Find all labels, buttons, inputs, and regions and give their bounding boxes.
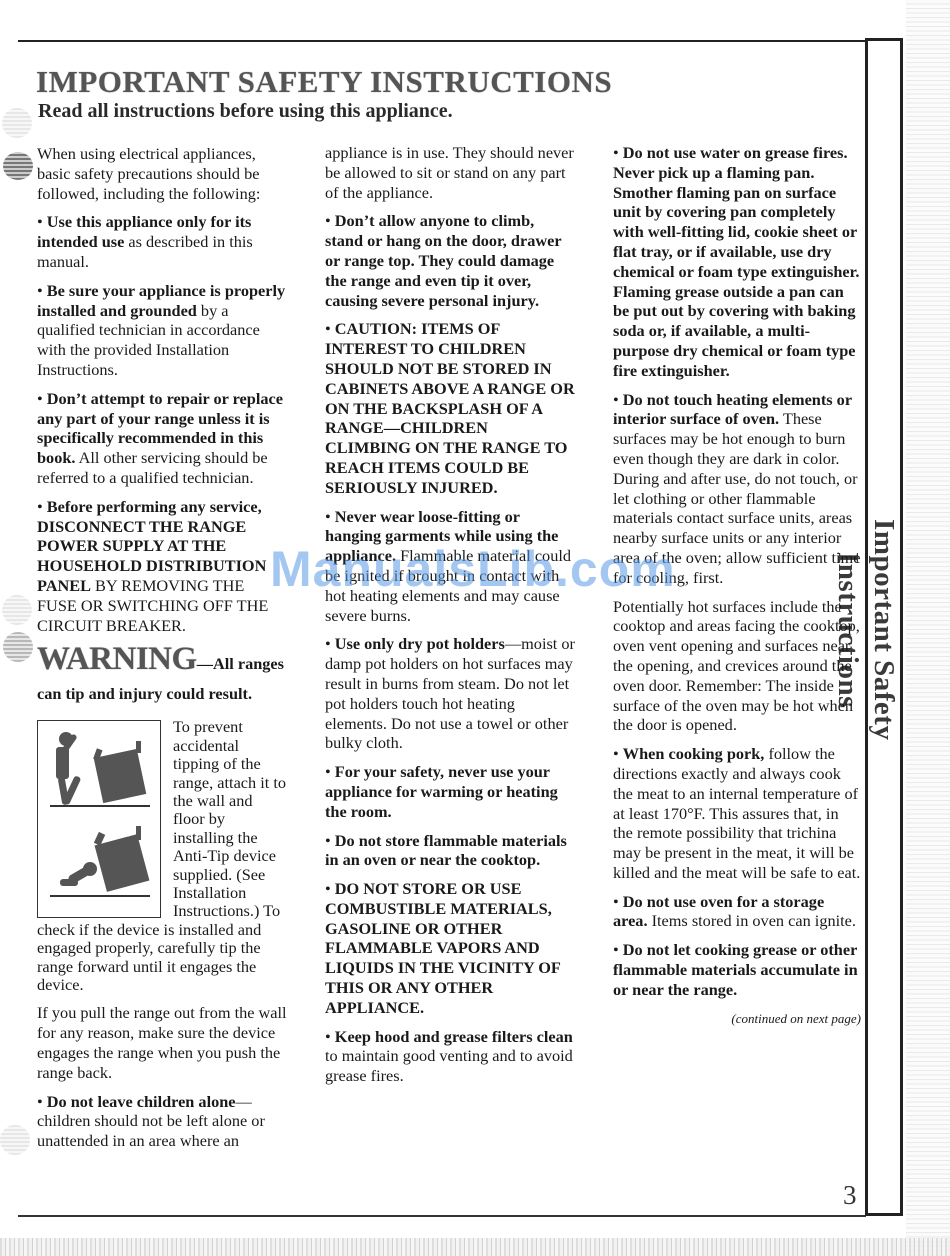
safety-item: • Do not touch heating elements or inter… — [613, 390, 861, 588]
column-1: When using electrical appliances, basic … — [37, 144, 287, 1160]
safety-item: • Be sure your appliance is properly ins… — [37, 281, 287, 380]
safety-item: • When cooking pork, follow the directio… — [613, 744, 861, 883]
binding-hole-icon — [3, 152, 33, 180]
bullet-icon: • — [613, 744, 619, 763]
safety-item: • Do not use oven for a storage area. It… — [613, 892, 861, 932]
scan-bottom-noise — [0, 1238, 950, 1256]
safety-item: • For your safety, never use your applia… — [325, 762, 575, 821]
bullet-icon: • — [325, 507, 331, 526]
warning-word: WARNING — [37, 641, 197, 677]
continuation-paragraph: appliance is in use. They should never b… — [325, 143, 575, 202]
safety-item: • Use only dry pot holders—moist or damp… — [325, 634, 575, 753]
bullet-icon: • — [37, 212, 43, 231]
top-rule — [18, 40, 866, 42]
safety-item: • DO NOT STORE OR USE COMBUSTIBLE MATERI… — [325, 879, 575, 1018]
safety-item: • Don’t allow anyone to climb, stand or … — [325, 211, 575, 310]
bullet-icon: • — [613, 390, 619, 409]
bullet-icon: • — [325, 211, 331, 230]
side-tab-label: Important Safety Instructions — [866, 440, 902, 820]
bottom-rule — [18, 1215, 866, 1217]
column-2: appliance is in use. They should never b… — [325, 143, 575, 1095]
safety-item: • CAUTION: ITEMS OF INTEREST TO CHILDREN… — [325, 319, 575, 497]
warning-followup: If you pull the range out from the wall … — [37, 1003, 287, 1082]
bullet-icon: • — [325, 319, 331, 338]
bullet-icon: • — [325, 1027, 331, 1046]
bullet-icon: • — [325, 762, 331, 781]
anti-tip-warning: WARNING—All ranges can tip and injury co… — [37, 644, 287, 994]
safety-item: • Do not use water on grease fires. Neve… — [613, 143, 861, 381]
scan-edge-noise — [906, 0, 950, 1256]
safety-item: • Don’t attempt to repair or replace any… — [37, 389, 287, 488]
binding-hole-icon — [2, 595, 32, 625]
bullet-icon: • — [325, 634, 331, 653]
binding-hole-icon — [2, 108, 32, 138]
bullet-icon: • — [37, 281, 43, 300]
bullet-icon: • — [613, 892, 619, 911]
safety-item: • Use this appliance only for its intend… — [37, 212, 287, 271]
safety-item: • Never wear loose-fitting or hanging ga… — [325, 507, 575, 626]
intro-paragraph: When using electrical appliances, basic … — [37, 144, 287, 203]
page-subtitle: Read all instructions before using this … — [38, 100, 453, 123]
bullet-icon: • — [325, 879, 331, 898]
bullet-icon: • — [325, 831, 331, 850]
safety-item: • Do not let cooking grease or other fla… — [613, 940, 861, 999]
binding-hole-icon — [0, 1125, 30, 1155]
bullet-icon: • — [37, 1092, 43, 1111]
safety-item: • Do not store flammable materials in an… — [325, 831, 575, 871]
safety-item: • Do not leave children alone—children s… — [37, 1092, 287, 1151]
binding-hole-icon — [3, 632, 33, 662]
bullet-icon: • — [613, 940, 619, 959]
bullet-icon: • — [37, 389, 43, 408]
bullet-icon: • — [613, 143, 619, 162]
hot-surfaces-note: Potentially hot surfaces include the coo… — [613, 597, 861, 736]
safety-item: • Keep hood and grease filters clean to … — [325, 1027, 575, 1086]
column-3: • Do not use water on grease fires. Neve… — [613, 143, 861, 1037]
bullet-icon: • — [37, 497, 43, 516]
page-number: 3 — [843, 1180, 857, 1211]
warning-heading: WARNING—All ranges can tip and injury co… — [37, 644, 287, 709]
page-title: IMPORTANT SAFETY INSTRUCTIONS — [36, 64, 612, 100]
safety-item: • Before performing any service, DISCONN… — [37, 497, 287, 636]
continued-note: (continued on next page) — [613, 1009, 861, 1029]
tipping-range-illustration-icon — [37, 720, 161, 918]
